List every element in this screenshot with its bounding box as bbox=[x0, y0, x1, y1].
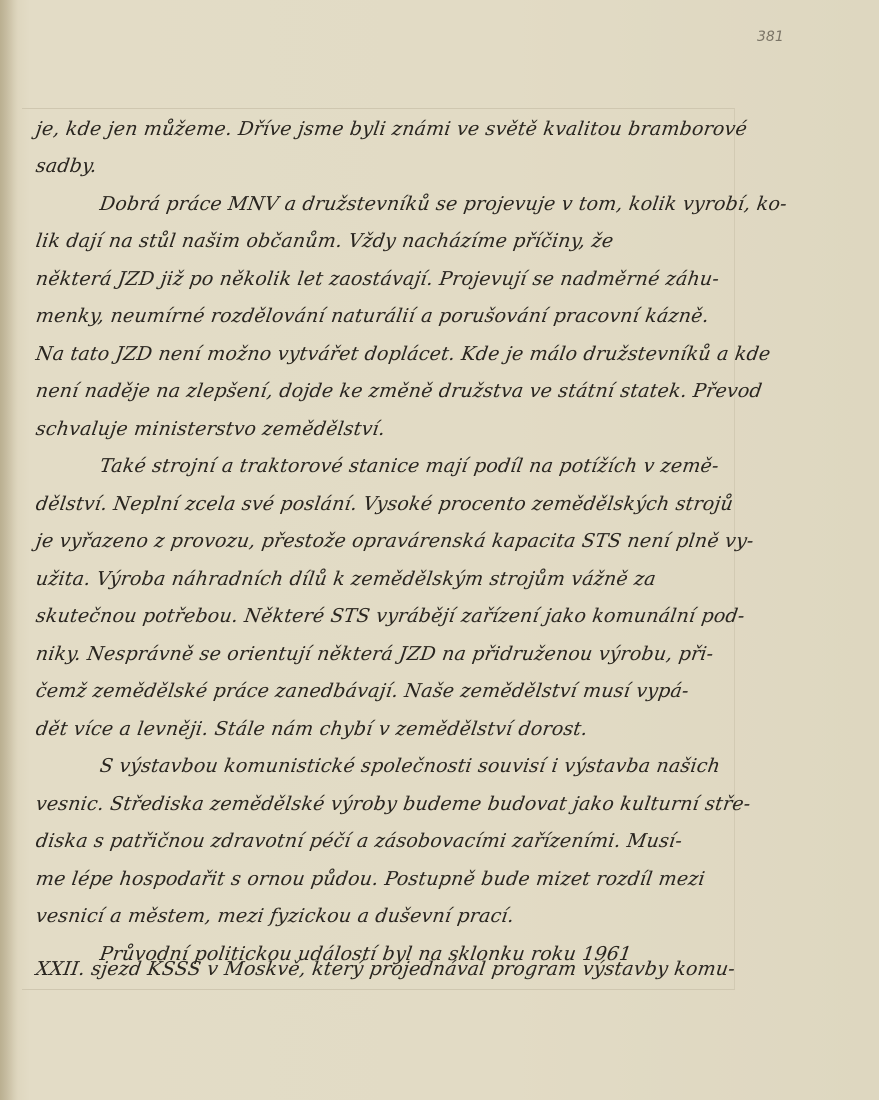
text-line-2: sadby. bbox=[34, 155, 98, 177]
text-line-21: me lépe hospodařit s ornou půdou. Postup… bbox=[34, 868, 706, 890]
text-line-7: Na tato JZD není možno vytvářet doplácet… bbox=[34, 343, 772, 365]
text-line-18: S výstavbou komunistické společnosti sou… bbox=[98, 755, 721, 777]
text-line-19: vesnic. Střediska zemědělské výroby bude… bbox=[34, 793, 751, 815]
text-line-8: není naděje na zlepšení, dojde ke změně … bbox=[34, 380, 763, 402]
chronicle-page: 381 je, kde jen můžeme. Dříve jsme byli … bbox=[0, 0, 879, 1100]
text-line-24: XXII. sjezd KSSS v Moskvě, který projedn… bbox=[34, 958, 736, 980]
text-line-9: schvaluje ministerstvo zemědělství. bbox=[34, 418, 386, 440]
text-line-17: dět více a levněji. Stále nám chybí v ze… bbox=[34, 718, 589, 740]
text-line-13: užita. Výroba náhradních dílů k zeměděls… bbox=[34, 568, 657, 590]
text-line-4: lik dají na stůl našim občanům. Vždy nac… bbox=[34, 230, 614, 252]
text-line-20: diska s patřičnou zdravotní péčí a zásob… bbox=[34, 830, 683, 852]
page-number: 381 bbox=[757, 29, 784, 45]
text-line-11: dělství. Neplní zcela své poslání. Vysok… bbox=[34, 493, 734, 515]
text-line-15: niky. Nesprávně se orientují některá JZD… bbox=[34, 643, 714, 665]
text-line-12: je vyřazeno z provozu, přestože opraváre… bbox=[34, 530, 755, 552]
text-line-1: je, kde jen můžeme. Dříve jsme byli znám… bbox=[34, 118, 748, 140]
text-line-14: skutečnou potřebou. Některé STS vyrábějí… bbox=[34, 605, 746, 627]
book-spine-shadow bbox=[0, 0, 18, 1100]
text-line-3: Dobrá práce MNV a družstevníků se projev… bbox=[98, 193, 788, 215]
text-line-5: některá JZD již po několik let zaostávaj… bbox=[34, 268, 720, 290]
text-line-10: Také strojní a traktorové stanice mají p… bbox=[98, 455, 720, 477]
text-line-6: menky, neumírné rozdělování naturálií a … bbox=[34, 305, 710, 327]
text-line-16: čemž zemědělské práce zanedbávají. Naše … bbox=[34, 680, 690, 702]
text-line-22: vesnicí a městem, mezi fyzickou a duševn… bbox=[34, 905, 515, 927]
